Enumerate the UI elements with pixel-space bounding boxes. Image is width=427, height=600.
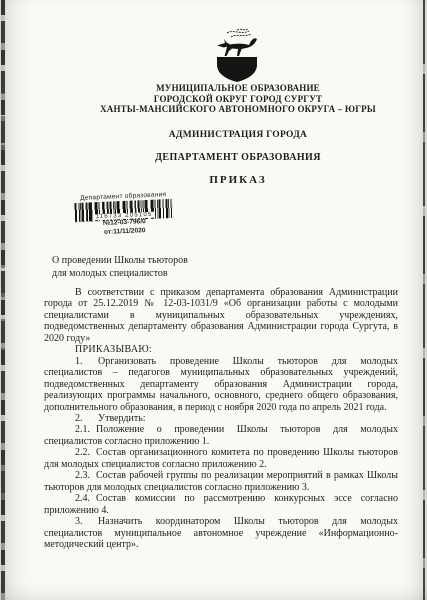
subject-block: О проведении Школы тьюторов для молодых … [52, 254, 188, 280]
org-line-3: ХАНТЫ-МАНСИЙСКОГО АВТОНОМНОГО ОКРУГА – Ю… [62, 104, 414, 115]
org-line-2: ГОРОДСКОЙ ОКРУГ ГОРОД СУРГУТ [62, 94, 414, 105]
order-item-1: 1.Организовать проведение Школы тьюторов… [44, 356, 398, 413]
order-item-2-1: 2.1.Положение о проведении Школы тьюторо… [44, 424, 398, 447]
item-number: 1. [75, 356, 98, 367]
registration-stamp: Департамент образования 116733 205105 №1… [67, 191, 181, 239]
document-content: МУНИЦИПАЛЬНОЕ ОБРАЗОВАНИЕ ГОРОДСКОЙ ОКРУ… [0, 0, 427, 600]
item-number: 2.2. [75, 447, 96, 458]
scanned-order-page: МУНИЦИПАЛЬНОЕ ОБРАЗОВАНИЕ ГОРОДСКОЙ ОКРУ… [0, 0, 427, 600]
preamble-paragraph: В соответствии с приказом департамента о… [44, 287, 398, 344]
item-number: 2. [75, 413, 98, 424]
order-body: В соответствии с приказом департамента о… [44, 287, 398, 550]
item-text: Состав организационного комитета по пров… [44, 447, 398, 469]
item-text: Положение о проведении Школы тьюторов дл… [44, 424, 398, 446]
item-text: Организовать проведение Школы тьюторов д… [44, 356, 398, 413]
order-item-2-2: 2.2.Состав организационного комитета по … [44, 447, 398, 470]
document-type-title: ПРИКАЗ [62, 174, 414, 186]
item-number: 2.1. [75, 424, 96, 435]
order-item-2: 2.Утвердить: [44, 413, 398, 424]
surgut-coat-of-arms-icon [212, 27, 262, 83]
order-item-2-3: 2.3.Состав рабочей группы по реализации … [44, 470, 398, 493]
item-text: Состав рабочей группы по реализации меро… [44, 470, 398, 492]
item-text: Состав комиссии по рассмотрению конкурсн… [44, 493, 398, 515]
item-text: Назначить координатором Школы тьюторов д… [44, 516, 398, 550]
item-number: 3. [75, 516, 98, 527]
org-name-block: МУНИЦИПАЛЬНОЕ ОБРАЗОВАНИЕ ГОРОДСКОЙ ОКРУ… [62, 83, 414, 115]
item-text: Утвердить: [98, 413, 146, 424]
item-number: 2.4. [75, 493, 96, 504]
subject-line-1: О проведении Школы тьюторов [52, 254, 188, 267]
item-number: 2.3. [75, 470, 96, 481]
order-item-2-4: 2.4.Состав комиссии по рассмотрению конк… [44, 493, 398, 516]
administration-title: АДМИНИСТРАЦИЯ ГОРОДА [62, 130, 414, 140]
subject-line-2: для молодых специалистов [52, 267, 188, 280]
department-title: ДЕПАРТАМЕНТ ОБРАЗОВАНИЯ [62, 152, 414, 163]
order-item-3: 3.Назначить координатором Школы тьюторов… [44, 516, 398, 550]
org-line-1: МУНИЦИПАЛЬНОЕ ОБРАЗОВАНИЕ [62, 83, 414, 94]
order-word: ПРИКАЗЫВАЮ: [44, 344, 398, 355]
